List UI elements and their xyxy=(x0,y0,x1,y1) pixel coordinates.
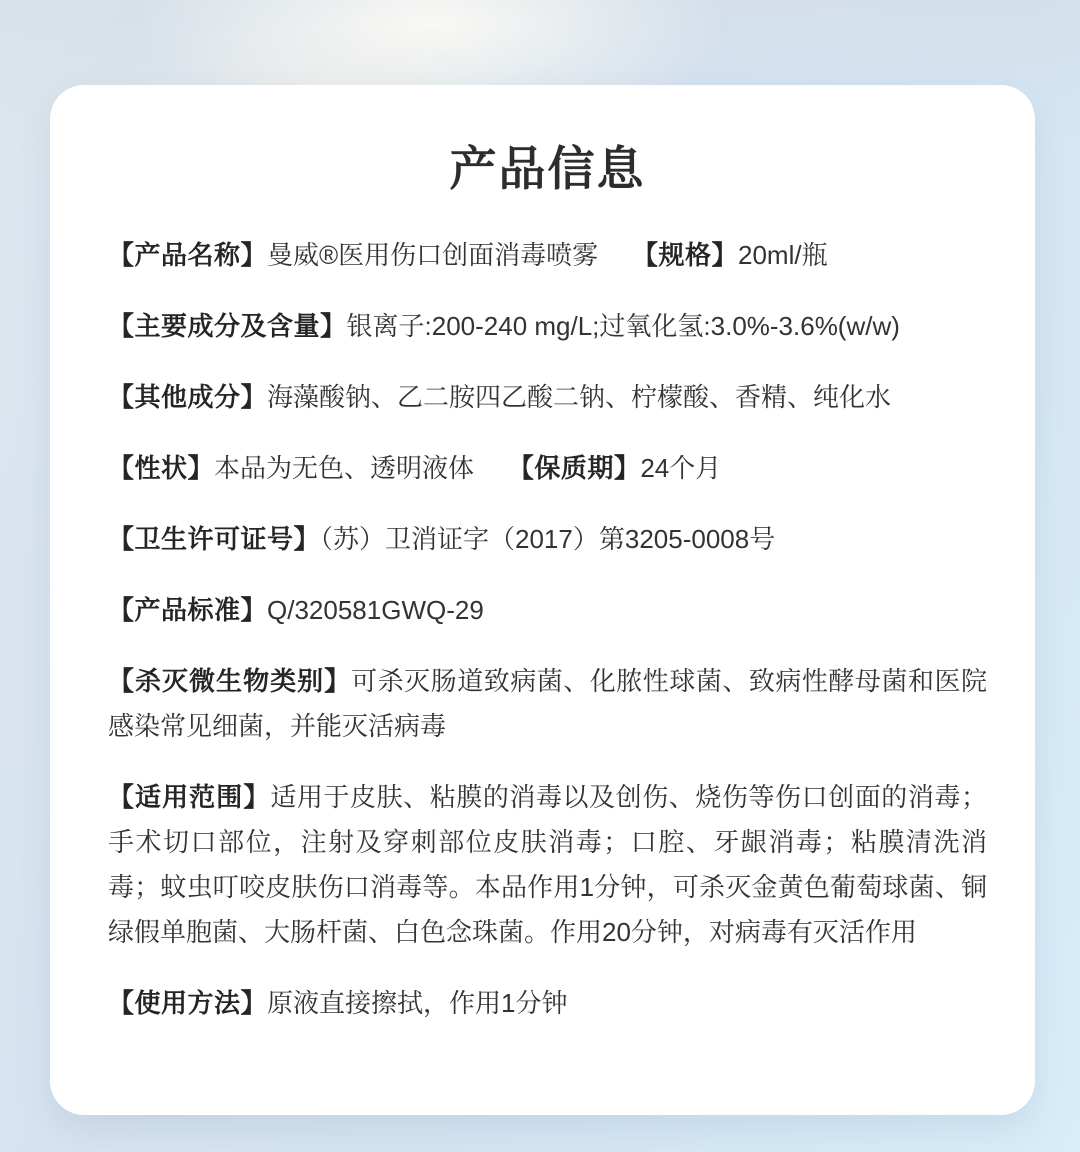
field-value: Q/320581GWQ-29 xyxy=(267,595,484,625)
field-label: 【其他成分】 xyxy=(108,382,267,412)
info-row: 【产品标准】Q/320581GWQ-29 xyxy=(108,588,987,633)
field-value: 原液直接擦拭，作用1分钟 xyxy=(267,988,567,1018)
info-row: 【适用范围】适用于皮肤、粘膜的消毒以及创伤、烧伤等伤口创面的消毒；手术切口部位，… xyxy=(108,775,987,955)
field-label: 【规格】 xyxy=(632,240,738,270)
field-pair: 【保质期】24个月 xyxy=(508,453,721,483)
field-value: 海藻酸钠、乙二胺四乙酸二钠、柠檬酸、香精、纯化水 xyxy=(267,382,891,412)
page-title: 产品信息 xyxy=(108,141,987,197)
field-label: 【卫生许可证号】 xyxy=(108,524,320,554)
product-info-card: 产品信息 【产品名称】曼威®医用伤口创面消毒喷雾【规格】20ml/瓶【主要成分及… xyxy=(50,85,1035,1115)
info-row: 【主要成分及含量】银离子:200-240 mg/L;过氧化氢:3.0%-3.6%… xyxy=(108,304,987,349)
info-row: 【杀灭微生物类别】可杀灭肠道致病菌、化脓性球菌、致病性酵母菌和医院感染常见细菌，… xyxy=(108,659,987,749)
info-row: 【性状】本品为无色、透明液体【保质期】24个月 xyxy=(108,446,987,491)
info-rows: 【产品名称】曼威®医用伤口创面消毒喷雾【规格】20ml/瓶【主要成分及含量】银离… xyxy=(108,233,987,1026)
info-row: 【其他成分】海藻酸钠、乙二胺四乙酸二钠、柠檬酸、香精、纯化水 xyxy=(108,375,987,420)
field-label: 【主要成分及含量】 xyxy=(108,311,347,341)
info-row: 【产品名称】曼威®医用伤口创面消毒喷雾【规格】20ml/瓶 xyxy=(108,233,987,278)
field-pair: 【使用方法】原液直接擦拭，作用1分钟 xyxy=(108,988,567,1018)
field-value: 20ml/瓶 xyxy=(738,240,828,270)
field-value: 24个月 xyxy=(640,453,721,483)
field-label: 【性状】 xyxy=(108,453,214,483)
info-row: 【卫生许可证号】（苏）卫消证字（2017）第3205-0008号 xyxy=(108,517,987,562)
field-pair: 【主要成分及含量】银离子:200-240 mg/L;过氧化氢:3.0%-3.6%… xyxy=(108,311,900,341)
field-pair: 【卫生许可证号】（苏）卫消证字（2017）第3205-0008号 xyxy=(108,524,775,554)
field-pair: 【性状】本品为无色、透明液体 xyxy=(108,453,474,483)
field-label: 【保质期】 xyxy=(508,453,641,483)
field-value: 银离子:200-240 mg/L;过氧化氢:3.0%-3.6%(w/w) xyxy=(347,311,900,341)
field-label: 【适用范围】 xyxy=(108,782,270,812)
field-pair: 【规格】20ml/瓶 xyxy=(632,240,828,270)
info-row: 【使用方法】原液直接擦拭，作用1分钟 xyxy=(108,981,987,1026)
field-value: （苏）卫消证字（2017）第3205-0008号 xyxy=(320,524,775,554)
field-label: 【产品名称】 xyxy=(108,240,267,270)
field-pair: 【产品名称】曼威®医用伤口创面消毒喷雾 xyxy=(108,240,598,270)
field-pair: 【适用范围】适用于皮肤、粘膜的消毒以及创伤、烧伤等伤口创面的消毒；手术切口部位，… xyxy=(108,782,987,947)
field-pair: 【产品标准】Q/320581GWQ-29 xyxy=(108,595,484,625)
field-value: 本品为无色、透明液体 xyxy=(214,453,474,483)
field-label: 【使用方法】 xyxy=(108,988,267,1018)
field-label: 【产品标准】 xyxy=(108,595,267,625)
field-label: 【杀灭微生物类别】 xyxy=(108,666,351,696)
field-pair: 【其他成分】海藻酸钠、乙二胺四乙酸二钠、柠檬酸、香精、纯化水 xyxy=(108,382,891,412)
field-pair: 【杀灭微生物类别】可杀灭肠道致病菌、化脓性球菌、致病性酵母菌和医院感染常见细菌，… xyxy=(108,666,987,741)
field-value: 曼威®医用伤口创面消毒喷雾 xyxy=(267,240,598,270)
